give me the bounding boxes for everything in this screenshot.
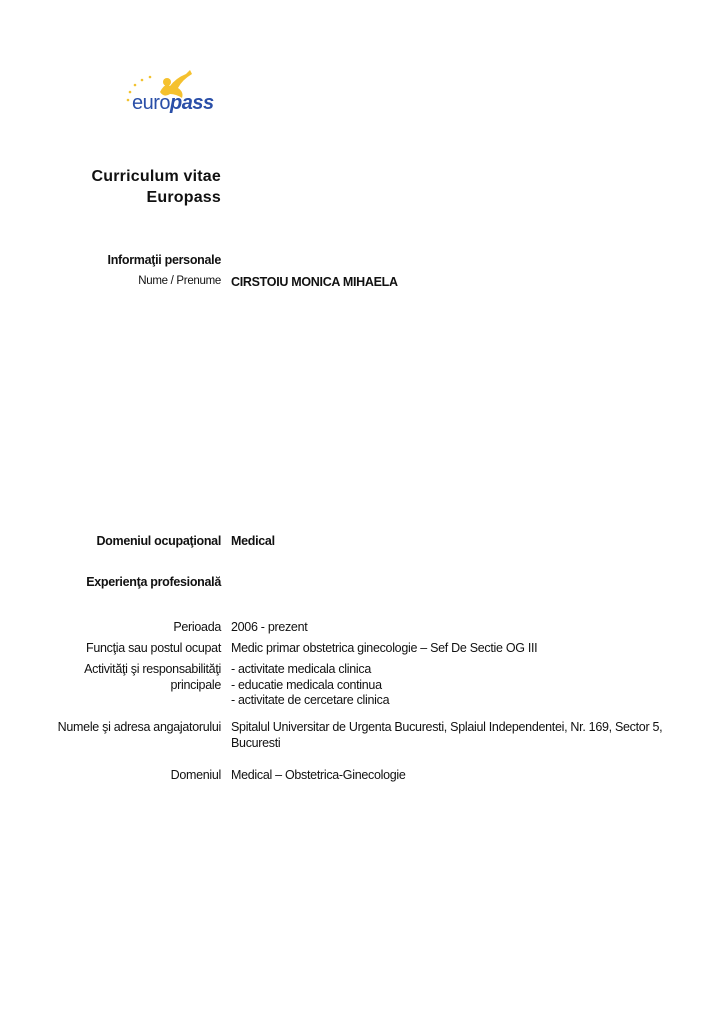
cv-title-line1: Curriculum vitae — [92, 166, 221, 187]
position-label: Funcţia sau postul ocupat — [86, 641, 221, 655]
name-value: CIRSTOIU MONICA MIHAELA — [231, 275, 398, 289]
domain-label: Domeniul — [171, 768, 221, 782]
cv-title: Curriculum vitae Europass — [92, 166, 221, 208]
experience-heading: Experienţa profesională — [86, 575, 221, 589]
cv-title-line2: Europass — [92, 187, 221, 208]
employer-label: Numele şi adresa angajatorului — [58, 720, 221, 734]
europass-logo-text: europass — [132, 92, 214, 115]
list-item: - educatie medicala continua — [231, 678, 389, 694]
activities-list: - activitate medicala clinica - educatie… — [231, 662, 389, 709]
list-item: - activitate de cercetare clinica — [231, 693, 389, 709]
activities-label-line1: Activităţi şi responsabilităţi — [84, 662, 221, 678]
employer-line1: Spitalul Universitar de Urgenta Bucurest… — [231, 720, 662, 736]
employer-value: Spitalul Universitar de Urgenta Bucurest… — [231, 720, 662, 751]
period-label: Perioada — [173, 620, 221, 634]
name-label: Nume / Prenume — [138, 275, 221, 287]
list-item: - activitate medicala clinica — [231, 662, 389, 678]
occupational-value: Medical — [231, 534, 275, 548]
activities-label-line2: principale — [84, 678, 221, 694]
domain-value: Medical – Obstetrica-Ginecologie — [231, 768, 406, 782]
activities-label: Activităţi şi responsabilităţi principal… — [84, 662, 221, 693]
period-value: 2006 - prezent — [231, 620, 307, 634]
europass-logo: europass — [120, 62, 220, 132]
employer-line2: Bucuresti — [231, 736, 662, 752]
personal-info-heading: Informaţii personale — [108, 253, 221, 267]
position-value: Medic primar obstetrica ginecologie – Se… — [231, 641, 537, 655]
occupational-label: Domeniul ocupaţional — [96, 534, 221, 548]
